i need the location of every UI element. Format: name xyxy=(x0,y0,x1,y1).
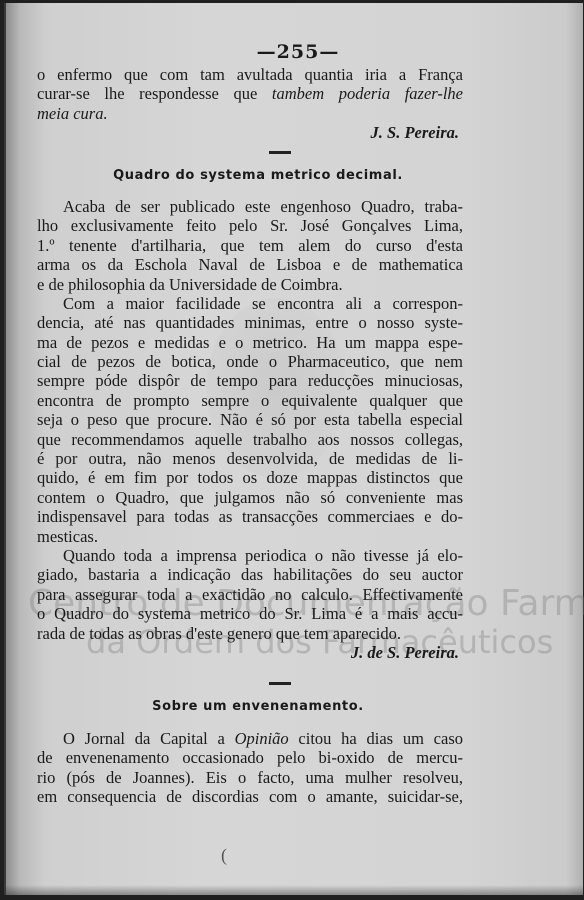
text-line: e de philosophia da Universidade de Coim… xyxy=(37,275,463,294)
text-line: dencia, até nas quantidades minimas, ent… xyxy=(37,313,463,332)
text-line: de envenenamento occasionado pelo bi-oxi… xyxy=(37,748,463,767)
text-line: quido, é em fim por todos os doze mappas… xyxy=(37,468,463,487)
text-line: arma os da Eschola Naval de Lisboa e de … xyxy=(37,255,463,274)
text-line: é por outra, não menos desenvolvida, de … xyxy=(37,449,463,468)
section-heading: Sobre um envenenamento. xyxy=(45,697,471,716)
text-line: em consequencia de discordias com o aman… xyxy=(37,787,463,806)
text-line: indispensavel para todas as transacções … xyxy=(37,507,463,526)
text-line: para assegurar toda a exactidão no calcu… xyxy=(37,585,463,604)
text-span: citou ha dias um caso xyxy=(289,729,463,748)
text-line: o Quadro do systema metrico do Sr. Lima … xyxy=(37,604,463,623)
text-line: rada de todas as obras d'este genero que… xyxy=(37,624,463,643)
text-line: O Jornal da Capital a Opinião citou ha d… xyxy=(37,729,463,748)
text-line: que recommendamos aquelle trabalho aos n… xyxy=(37,430,463,449)
text-span: O Jornal da Capital a xyxy=(63,729,235,748)
section-divider xyxy=(269,151,291,154)
text-line: Quando toda a imprensa periodica o não t… xyxy=(37,546,463,565)
text-line: Acaba de ser publicado este engenhoso Qu… xyxy=(37,197,463,216)
text-line: o enfermo que com tam avultada quantia i… xyxy=(37,65,463,84)
text-line: encontra de prompto sempre o equivalente… xyxy=(37,391,463,410)
text-line: mesticas. xyxy=(37,527,463,546)
paragraph: O Jornal da Capital a Opinião citou ha d… xyxy=(37,729,463,807)
text-line: meia cura. xyxy=(37,104,463,123)
italic-span: tambem poderia fazer-lhe xyxy=(272,84,463,103)
section-divider xyxy=(269,682,291,685)
text-line: giado, bastaria a indicação das habilita… xyxy=(37,565,463,584)
signature: J. S. Pereira. xyxy=(37,123,463,142)
text-line: contem o Quadro, que julgamos não só con… xyxy=(37,488,463,507)
paragraph: Quando toda a imprensa periodica o não t… xyxy=(37,546,463,643)
text-line: sempre póde dispôr de tempo para reducçõ… xyxy=(37,371,463,390)
text-line: rio (pós de Joannes). Eis o facto, uma m… xyxy=(37,768,463,787)
scanned-page: Centro de Documentação Farmacêutica da O… xyxy=(4,3,583,895)
text-line: curar-se lhe respondesse que tambem pode… xyxy=(37,84,463,103)
pencil-mark: ( xyxy=(221,845,227,866)
italic-span: Opinião xyxy=(235,729,289,748)
text-column: o enfermo que com tam avultada quantia i… xyxy=(37,65,463,806)
text-line: ma de pezos e medidas e o metrico. Ha um… xyxy=(37,333,463,352)
signature: J. de S. Pereira. xyxy=(37,643,463,662)
text-line: Com a maior facilidade se encontra ali a… xyxy=(37,294,463,313)
paragraph: Com a maior facilidade se encontra ali a… xyxy=(37,294,463,546)
text-line: 1.º tenente d'artilharia, que tem alem d… xyxy=(37,236,463,255)
page-number: —255— xyxy=(6,41,584,63)
paragraph: Acaba de ser publicado este engenhoso Qu… xyxy=(37,197,463,294)
section-heading: Quadro do systema metrico decimal. xyxy=(45,166,471,185)
text-line: cial de pezos de botica, onde o Pharmace… xyxy=(37,352,463,371)
text-span: curar-se lhe respondesse que xyxy=(37,84,257,103)
text-line: lho exclusivamente feito pelo Sr. José G… xyxy=(37,216,463,235)
text-line: seja o peso que procure. Não é só por es… xyxy=(37,410,463,429)
